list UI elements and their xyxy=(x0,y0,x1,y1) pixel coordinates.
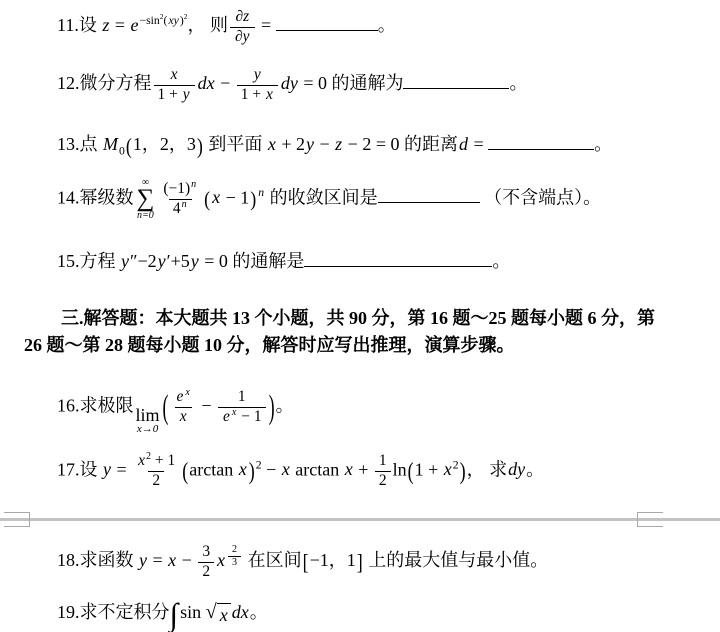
numerator: 2 xyxy=(228,544,241,556)
page-margin-mark-right-vertical xyxy=(637,512,638,527)
math-var: d xyxy=(458,134,469,154)
text-run: −1，1 xyxy=(310,550,356,570)
text-run: 到平面 xyxy=(204,134,267,154)
math-var: x xyxy=(443,459,453,479)
text-run: arctan xyxy=(189,459,237,479)
denominator: x xyxy=(175,407,192,427)
math-var: y xyxy=(190,251,200,271)
text-run: 3 xyxy=(202,543,210,560)
fraction: y1 + x xyxy=(237,66,278,104)
text-run: ′+5 xyxy=(167,251,190,271)
numerator: x xyxy=(166,66,183,85)
math-var: e xyxy=(222,408,231,425)
text-run: − 1 xyxy=(237,408,261,425)
text-run: 2 xyxy=(379,472,387,489)
math-var: y xyxy=(102,459,112,479)
problem-11: 11.设 z = e−sin2(xy)2， 则∂z∂y = 。 xyxy=(57,8,396,46)
text-run: ， 求 xyxy=(467,459,508,479)
text-run: 。 xyxy=(526,459,544,479)
math-var: x xyxy=(216,550,226,570)
fraction: 32 xyxy=(198,543,214,581)
math-var: ∂y xyxy=(234,28,251,45)
sigma-icon: ∑ xyxy=(137,188,155,211)
text-run: = xyxy=(112,459,131,479)
text-run: − 2 = 0 的距离 xyxy=(343,134,458,154)
superscript: 23 xyxy=(226,549,243,562)
text-run: 1 + xyxy=(241,86,265,103)
text-run: sin xyxy=(180,602,206,622)
numerator: (−1)n xyxy=(159,180,201,199)
paren: ] xyxy=(357,548,363,576)
text-run: 2 xyxy=(232,544,237,555)
text-run: 。 xyxy=(276,395,294,415)
lim-subscript: x→0 xyxy=(137,424,158,435)
math-var: x xyxy=(344,459,354,479)
fraction: exx xyxy=(172,388,195,426)
numerator: 1 xyxy=(375,452,391,471)
text-run: − xyxy=(262,459,281,479)
math-var: y xyxy=(253,66,262,83)
math-var: x xyxy=(211,187,221,207)
superscript: n xyxy=(190,179,197,190)
page-margin-mark-right-bottom xyxy=(637,526,663,527)
text-run: = xyxy=(148,550,167,570)
problem-19: 19.求不定积分∫sin √xdx。 xyxy=(57,599,268,631)
denominator: 2 xyxy=(148,471,164,491)
subscript: 0 xyxy=(119,145,125,158)
math-var: dy xyxy=(507,459,526,479)
text-run: ″−2 xyxy=(130,251,157,271)
math-var: x xyxy=(238,459,248,479)
section-header-line2: 26 题～第 28 题每小题 10 分，解答时应写出推理，演算步骤。 xyxy=(24,332,716,359)
text-run: 18.求函数 xyxy=(57,550,138,570)
page-break-band xyxy=(0,518,720,521)
text-run: − xyxy=(177,550,196,570)
math-var: x xyxy=(267,134,277,154)
sum-lower-limit: n=0 xyxy=(137,211,154,221)
paren: ( xyxy=(163,386,169,429)
text-run: − xyxy=(197,395,216,415)
math-var: n xyxy=(181,199,188,210)
numerator: 3 xyxy=(198,543,214,562)
text-run: 上的最大值与最小值。 xyxy=(364,550,549,570)
math-var: e xyxy=(130,15,140,35)
fraction: 12 xyxy=(375,452,391,490)
denominator: ex − 1 xyxy=(218,407,266,427)
text-run: 1 + xyxy=(415,459,443,479)
text-run: = xyxy=(257,15,276,35)
math-var: x xyxy=(265,86,274,103)
paren: ) xyxy=(460,456,466,486)
text-run: 。 xyxy=(509,73,527,93)
text-run: = 0 的通解是 xyxy=(200,251,305,271)
superscript: n xyxy=(181,199,188,210)
math-var: y xyxy=(138,550,148,570)
paren: ( xyxy=(126,132,132,160)
paren: ) xyxy=(249,456,255,486)
text-run: + xyxy=(354,459,373,479)
problem-18: 18.求函数 y = x − 32x23 在区间[−1，1] 上的最大值与最小值… xyxy=(57,543,548,581)
math-var: ∂z xyxy=(234,8,250,25)
text-run: 1，2，3 xyxy=(133,134,196,154)
page-margin-mark-left-bottom xyxy=(4,526,30,527)
radical: √x xyxy=(206,602,231,627)
math-var: x xyxy=(281,459,291,479)
page-margin-mark-right-top xyxy=(637,512,663,513)
text-run: 4 xyxy=(173,200,181,217)
problem-14: 14.幂级数∞∑n=0(−1)n4n(x − 1)n 的收敛区间是 （不含端点）… xyxy=(57,178,601,221)
math-var: y xyxy=(182,86,191,103)
blank-underline xyxy=(378,184,480,203)
document-page: 11.设 z = e−sin2(xy)2， 则∂z∂y = 。 12.微分方程x… xyxy=(0,0,720,632)
text-run: 2 xyxy=(152,472,160,489)
text-run: (−1) xyxy=(163,180,190,197)
paren: ( xyxy=(182,456,188,486)
lim-text: lim xyxy=(136,406,160,424)
fraction: (−1)n4n xyxy=(159,180,201,218)
numerator: ∂z xyxy=(230,8,254,27)
fraction: ∂z∂y xyxy=(230,8,255,46)
blank-underline xyxy=(276,12,378,31)
section-header: 三.解答题：本大题共 13 个小题，共 90 分，第 16 题～25 题每小题 … xyxy=(24,305,716,359)
text-run: 13.点 xyxy=(57,134,102,154)
page-margin-mark-left-vertical xyxy=(29,512,30,527)
denominator: 1 + x xyxy=(237,85,278,105)
fraction: x1 + y xyxy=(154,66,195,104)
math-var: dy xyxy=(280,73,299,93)
blank-underline xyxy=(488,131,594,150)
text-run: − xyxy=(315,134,334,154)
text-run: 。 xyxy=(378,15,396,35)
text-run: ln xyxy=(393,459,407,479)
text-run: 16.求极限 xyxy=(57,395,134,415)
text-run: 2 xyxy=(202,563,210,580)
text-run: −sin xyxy=(140,14,160,27)
denominator: 3 xyxy=(228,556,241,569)
text-run: − xyxy=(216,73,235,93)
superscript: n xyxy=(257,186,265,199)
text-run: 1 xyxy=(379,452,387,469)
denominator: 2 xyxy=(375,471,391,491)
text-run: = xyxy=(110,15,129,35)
text-run: 11.设 xyxy=(57,15,101,35)
numerator: y xyxy=(249,66,266,85)
text-run: + 1 xyxy=(151,452,175,469)
text-run: （不含端点）。 xyxy=(480,187,602,207)
text-run: 12.微分方程 xyxy=(57,73,152,93)
math-var: dx xyxy=(231,602,250,622)
blank-underline xyxy=(403,70,509,89)
numerator: 1 xyxy=(234,388,250,407)
math-var: n xyxy=(190,179,197,190)
problem-12: 12.微分方程x1 + ydx − y1 + xdy = 0 的通解为。 xyxy=(57,66,527,104)
math-var: x xyxy=(170,66,179,83)
math-var: x xyxy=(137,452,146,469)
denominator: 1 + y xyxy=(154,85,195,105)
denominator: ∂y xyxy=(230,27,255,47)
math-var: y xyxy=(305,134,315,154)
math-var: x xyxy=(167,550,177,570)
problem-17: 17.设 y = x2 + 12(arctan x)2 − x arctan x… xyxy=(57,452,544,490)
numerator: ex xyxy=(172,388,195,407)
text-run: 。 xyxy=(250,602,268,622)
denominator: 4n xyxy=(169,199,192,219)
integral-sign: ∫ xyxy=(170,597,179,632)
paren: ( xyxy=(204,186,210,212)
denominator: 2 xyxy=(198,562,214,582)
fraction: 23 xyxy=(228,544,241,569)
text-run: 的收敛区间是 xyxy=(265,187,378,207)
math-var: x xyxy=(184,387,190,398)
fraction: x2 + 12 xyxy=(133,452,179,490)
math-var: x xyxy=(219,605,229,625)
problem-16: 16.求极限limx→0(exx − 1ex − 1)。 xyxy=(57,388,294,435)
math-var: y xyxy=(120,251,130,271)
math-var: y xyxy=(157,251,167,271)
math-var: xy xyxy=(167,14,179,27)
text-run: 15.方程 xyxy=(57,251,120,271)
summation-symbol: ∞∑n=0 xyxy=(137,178,155,221)
radicand: x xyxy=(217,603,231,627)
paren: ( xyxy=(408,456,414,486)
math-var: M xyxy=(102,134,119,154)
paren: [ xyxy=(303,548,309,576)
text-run: + 2 xyxy=(277,134,305,154)
math-var: n xyxy=(257,186,265,199)
paren: ) xyxy=(197,132,203,160)
superscript: x xyxy=(184,387,190,398)
problem-13: 13.点 M0(1，2，3) 到平面 x + 2y − z − 2 = 0 的距… xyxy=(57,131,612,157)
numerator: x2 + 1 xyxy=(133,452,179,471)
section-header-line1: 三.解答题：本大题共 13 个小题，共 90 分，第 16 题～25 题每小题 … xyxy=(24,305,716,332)
text-run: 17.设 xyxy=(57,459,102,479)
radical-icon: √ xyxy=(206,602,217,623)
math-var: z xyxy=(334,134,343,154)
superscript: −sin2(xy)2 xyxy=(140,14,188,27)
page-margin-mark-left-top xyxy=(4,512,30,513)
math-var: z xyxy=(101,15,110,35)
fraction: 1ex − 1 xyxy=(218,388,266,426)
text-run: 1 + xyxy=(158,86,182,103)
paren: ) xyxy=(269,386,275,429)
text-run: 。 xyxy=(492,251,510,271)
math-var: x xyxy=(179,408,188,425)
blank-underline xyxy=(304,248,492,267)
text-run: − 1 xyxy=(221,187,249,207)
text-run: 1 xyxy=(238,388,246,405)
text-run: 。 xyxy=(594,134,612,154)
paren: ) xyxy=(250,186,256,212)
text-run: 在区间 xyxy=(243,550,302,570)
superscript: 2 xyxy=(453,458,459,471)
text-run: 19.求不定积分 xyxy=(57,602,170,622)
text-run: = 0 的通解为 xyxy=(299,73,404,93)
text-run: 3 xyxy=(232,557,237,568)
text-run: arctan xyxy=(291,459,344,479)
text-run: ， 则 xyxy=(188,15,229,35)
problem-15: 15.方程 y″−2y′+5y = 0 的通解是。 xyxy=(57,248,510,273)
text-run: = xyxy=(469,134,488,154)
math-var: dx xyxy=(197,73,216,93)
limit-operator: limx→0 xyxy=(136,406,160,435)
text-run: 14.幂级数 xyxy=(57,187,134,207)
